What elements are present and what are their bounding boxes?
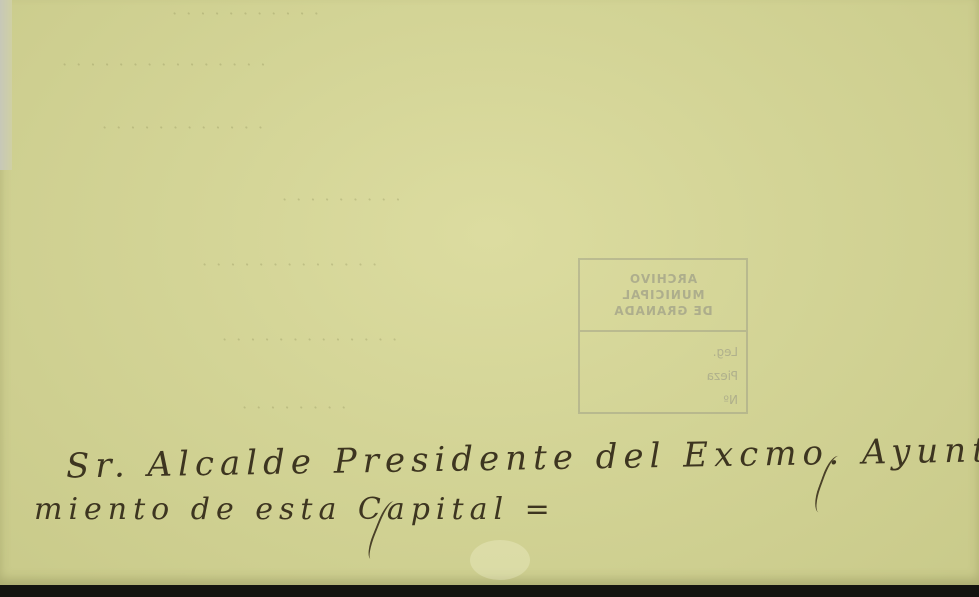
background-surface: [0, 585, 979, 597]
stamp-header: ARCHIVO MUNICIPAL DE GRANADA: [580, 260, 746, 332]
paper-edge-shadow: [0, 0, 12, 170]
bleed-through-line: · · · · · · · · · · · · ·: [200, 255, 377, 274]
stamp-field-1: Leg.: [713, 340, 746, 364]
archive-stamp: ARCHIVO MUNICIPAL DE GRANADA Leg. Pieza …: [578, 258, 748, 414]
bleed-through-line: · · · · · · · · · · · · · · ·: [60, 55, 266, 74]
stamp-field-2: Pieza: [707, 364, 746, 388]
bleed-through-line: · · · · · · · · · · · · ·: [220, 330, 397, 349]
document-paper: · · · · · · · · · · · · · · · · · · · · …: [0, 0, 979, 585]
stamp-line-2: MUNICIPAL: [621, 287, 704, 303]
bleed-through-line: · · · · · · · ·: [240, 398, 346, 417]
paper-crease: [470, 540, 530, 580]
stamp-line-1: ARCHIVO: [629, 271, 697, 287]
address-line-2: miento de esta Capital =: [34, 492, 556, 527]
bleed-through-line: · · · · · · · · · · ·: [170, 4, 319, 23]
bleed-through-line: · · · · · · · · · · · ·: [100, 118, 263, 137]
stamp-fields: Leg. Pieza Nº: [580, 332, 746, 412]
stamp-line-3: DE GRANADA: [613, 303, 712, 319]
stamp-field-3: Nº: [723, 388, 746, 412]
bleed-through-line: · · · · · · · · ·: [280, 190, 400, 209]
